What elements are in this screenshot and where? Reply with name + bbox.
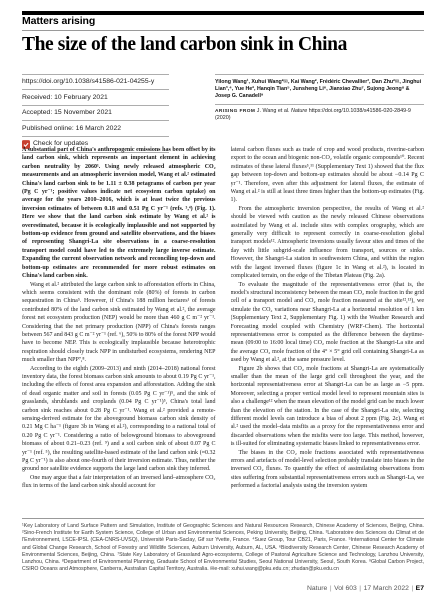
arising-from-citation: J. Wang et al. — [257, 108, 290, 114]
article-body: A substantial part of China's anthropoge… — [22, 146, 424, 515]
received-date: Received: 10 February 2021 — [22, 90, 169, 105]
footer-separator: | — [359, 585, 361, 592]
footer-separator: | — [411, 585, 413, 592]
body-paragraph: lateral carbon fluxes such as trade of c… — [231, 146, 425, 205]
footer-volume: Vol 603 — [334, 585, 357, 592]
body-paragraph: One may argue that a fair interpretation… — [22, 474, 216, 491]
page-footer: Nature|Vol 603|17 March 2022|E7 — [22, 584, 424, 593]
arising-from-journal: Nature — [291, 108, 307, 114]
top-bar-rule — [22, 11, 424, 15]
article-page: Matters arising The size of the land car… — [0, 0, 446, 600]
footer-page-number: E7 — [416, 585, 424, 592]
footer-journal: Nature — [307, 585, 327, 592]
body-paragraph: To evaluate the magnitude of the represe… — [231, 281, 425, 365]
doi-link[interactable]: https://doi.org/10.1038/s41586-021-04255… — [22, 75, 169, 90]
body-paragraph: The biases in the CO₂ mole fractions ass… — [231, 449, 425, 491]
body-paragraph: From the atmospheric inversion perspecti… — [231, 205, 425, 281]
kicker-divider — [22, 30, 424, 31]
arising-from-label: ARISING FROM — [215, 109, 255, 114]
author-list: Yilong Wang¹, Xuhui Wang²✉, Kai Wang², F… — [215, 74, 424, 100]
authors-column: Yilong Wang¹, Xuhui Wang²✉, Kai Wang², F… — [215, 74, 424, 122]
section-kicker: Matters arising — [22, 15, 424, 28]
body-paragraph: Figure 2b shows that CO₂ mole fractions … — [231, 365, 425, 449]
footer-date: 17 March 2022 — [364, 585, 409, 592]
accepted-date: Accepted: 15 November 2021 — [22, 106, 169, 121]
arising-from-line: ARISING FROM J. Wang et al. Nature https… — [215, 104, 424, 122]
body-paragraph: Wang et al.² attributed the large carbon… — [22, 281, 216, 365]
abstract-paragraph: A substantial part of China's anthropoge… — [22, 146, 216, 281]
published-date: Published online: 16 March 2022 — [22, 121, 169, 136]
article-header: https://doi.org/10.1038/s41586-021-04255… — [22, 74, 424, 146]
affiliations-footnote: ¹Key Laboratory of Land Surface Pattern … — [22, 518, 424, 573]
page-title: The size of the land carbon sink in Chin… — [22, 33, 424, 57]
left-column: A substantial part of China's anthropoge… — [22, 146, 216, 515]
right-column: lateral carbon fluxes such as trade of c… — [231, 146, 425, 515]
metadata-column: https://doi.org/10.1038/s41586-021-04255… — [22, 74, 169, 153]
footer-separator: | — [330, 585, 332, 592]
body-paragraph: According to the eighth (2009–2013) and … — [22, 365, 216, 474]
